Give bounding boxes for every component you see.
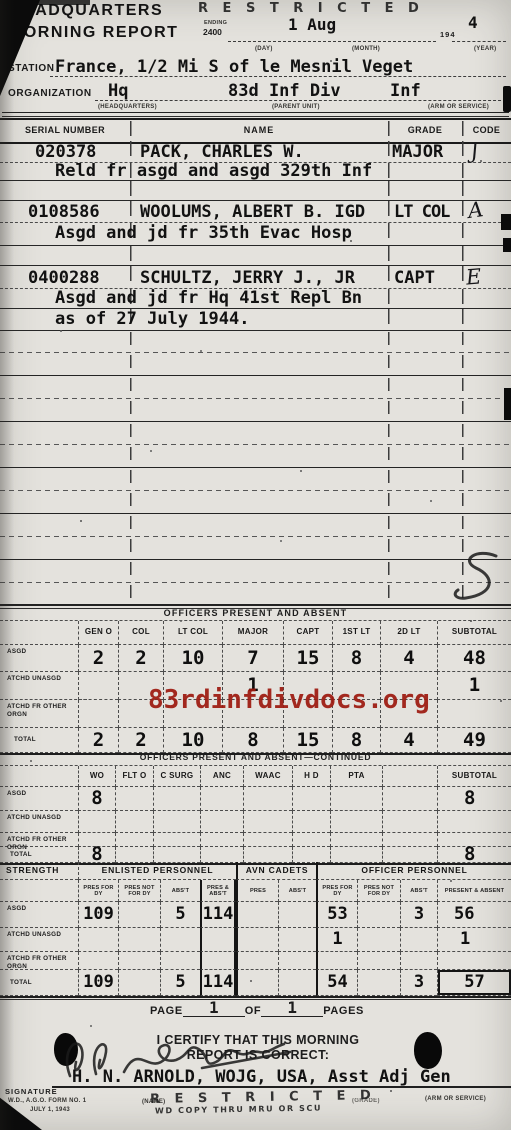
scan-edge-mark xyxy=(0,0,90,5)
table-cell: 8 xyxy=(437,847,511,863)
row-label: TOTAL xyxy=(0,847,78,863)
column-header: PRESENT & ABSENT xyxy=(437,880,511,902)
group-header-enlisted: ENLISTED PERSONNEL xyxy=(78,862,236,880)
roster-row-remark: Asgd and jd fr 35th Evac Hosp xyxy=(0,222,511,246)
table-cell xyxy=(200,811,243,833)
station-underline xyxy=(50,76,506,77)
table-cell: 8 xyxy=(332,645,380,672)
officer-code-handwritten: J xyxy=(469,141,480,163)
column-header: ABS'T xyxy=(160,880,200,902)
row-label: ASGD xyxy=(0,902,78,928)
sub-label-headquarters: (HEADQUARTERS) xyxy=(98,104,157,110)
table-cell xyxy=(243,847,292,863)
table-cell: 109 xyxy=(78,902,118,928)
table-cell xyxy=(200,952,236,970)
column-header: CAPT xyxy=(283,621,332,645)
group-header-avn-cadets: AVN CADETS xyxy=(236,862,316,880)
table-cell xyxy=(78,928,118,952)
roster-col-grade: GRADE xyxy=(388,126,462,135)
wd-copy-stamp: WD COPY THRU MRU OR SCU xyxy=(155,1104,322,1116)
table-cell: 114 xyxy=(200,970,236,996)
column-header: C SURG xyxy=(153,766,200,787)
officer-code-handwritten: E xyxy=(465,266,482,288)
blank-row xyxy=(0,330,511,376)
table-cell xyxy=(115,787,153,811)
column-header: PRES FOR DY xyxy=(78,880,118,902)
table-cell xyxy=(200,787,243,811)
table-cell: 4 xyxy=(380,645,437,672)
blank-row xyxy=(0,422,511,468)
form-date: JULY 1, 1943 xyxy=(30,1107,70,1113)
table-cell: 2 xyxy=(78,645,118,672)
table-cell xyxy=(236,952,278,970)
blank-row xyxy=(0,468,511,514)
table-cell xyxy=(236,902,278,928)
scan-edge-mark xyxy=(503,238,511,252)
column-header: PTA xyxy=(330,766,382,787)
table-cell xyxy=(153,847,200,863)
table-cell: 8 xyxy=(78,847,115,863)
table-cell xyxy=(243,787,292,811)
year-typed: 4 xyxy=(468,15,478,31)
table-cell: 7 xyxy=(222,645,283,672)
table-cell: 2 xyxy=(78,728,118,753)
officer-name: WOOLUMS, ALBERT B. IGD xyxy=(140,204,365,221)
sub-label-arm-or-service: (ARM OR SERVICE) xyxy=(425,1096,486,1102)
table-cell: 2 xyxy=(118,645,163,672)
table-cell: 10 xyxy=(163,728,222,753)
table-cell xyxy=(382,811,437,833)
column-header: 1ST LT xyxy=(332,621,380,645)
table-cell: 114 xyxy=(200,902,236,928)
roster-col-code: CODE xyxy=(462,126,511,135)
table-cell: 56 xyxy=(437,902,511,928)
table-cell: 8 xyxy=(332,728,380,753)
table-cell xyxy=(382,847,437,863)
officer-grade: LT COL xyxy=(394,204,449,221)
column-header: ANC xyxy=(200,766,243,787)
organization-label: ORGANIZATION xyxy=(8,89,92,99)
table-cell: 54 xyxy=(316,970,357,996)
table-cell xyxy=(400,928,437,952)
table-cell: 57 xyxy=(437,970,511,996)
table-cell xyxy=(292,811,330,833)
page-line: PAGE 1 OF 1 PAGES xyxy=(150,1000,380,1017)
column-header: GEN O xyxy=(78,621,118,645)
officer-grade: MAJOR xyxy=(392,144,443,161)
table-cell: 1 xyxy=(437,672,511,700)
table-cell: 49 xyxy=(437,728,511,753)
signature-typed-name: H. N. ARNOLD, WOJG, USA, Asst Adj Gen xyxy=(72,1069,451,1086)
table-cell xyxy=(292,847,330,863)
table-cell xyxy=(357,970,400,996)
roster-row-blank xyxy=(0,180,511,201)
table-cell xyxy=(115,811,153,833)
column-header: SUBTOTAL xyxy=(437,621,511,645)
form-title-morning-report: MORNING REPORT xyxy=(9,25,178,41)
roster-row-blank xyxy=(0,245,511,266)
row-label: ASGD xyxy=(0,645,78,672)
page-number: 1 xyxy=(183,1000,245,1017)
roster-col-name: NAME xyxy=(130,126,388,135)
punch-hole-right xyxy=(414,1032,442,1069)
table-cell: 5 xyxy=(160,970,200,996)
table-cell xyxy=(330,833,382,847)
table-cell: 8 xyxy=(222,728,283,753)
remark-text: Asgd and jd fr Hq 41st Repl Bn xyxy=(55,290,362,307)
column-header: FLT O xyxy=(115,766,153,787)
table-cell: 10 xyxy=(163,645,222,672)
strength-label: STRENGTH xyxy=(0,862,78,880)
table-cell: 4 xyxy=(380,728,437,753)
table-cell xyxy=(200,928,236,952)
table-cell xyxy=(153,833,200,847)
row-label: TOTAL xyxy=(0,728,78,753)
table-cell xyxy=(0,766,78,787)
table-cell: 53 xyxy=(316,902,357,928)
page-label: PAGE xyxy=(150,1006,183,1017)
roster-row-remark: Reld fr asgd and asgd 329th Inf xyxy=(0,162,511,181)
table-cell xyxy=(382,833,437,847)
serial-number: 0400288 xyxy=(28,270,100,287)
table-cell xyxy=(243,833,292,847)
sub-label-year: (YEAR) xyxy=(474,46,496,52)
row-label: ATCHD UNASGD xyxy=(0,672,87,700)
table-cell xyxy=(78,672,118,700)
scan-noise xyxy=(0,0,2,2)
column-header: PRES NOT FOR DY xyxy=(357,880,400,902)
officer-code-handwritten: A xyxy=(467,199,485,222)
column-header: ABS'T xyxy=(400,880,437,902)
table-cell: 2 xyxy=(118,728,163,753)
officers-table-title: OFFICERS PRESENT AND ABSENT xyxy=(0,609,511,618)
handwritten-s-mark xyxy=(448,550,510,608)
serial-number: 020378 xyxy=(35,144,96,161)
sub-label-day: (DAY) xyxy=(255,46,273,52)
table-cell xyxy=(118,928,160,952)
table-cell xyxy=(160,928,200,952)
table-cell xyxy=(118,952,160,970)
roster-col-serial: SERIAL NUMBER xyxy=(0,126,130,135)
table-cell xyxy=(278,902,316,928)
sub-label-arm-or-service: (ARM OR SERVICE) xyxy=(428,104,489,110)
table-cell: 3 xyxy=(400,970,437,996)
table-cell: 109 xyxy=(78,970,118,996)
column-header: PRES & ABS'T xyxy=(200,880,236,902)
officers-cont-table-title: OFFICERS PRESENT AND ABSENT—CONTINUED xyxy=(0,753,511,762)
column-header: H D xyxy=(292,766,330,787)
table-cell: 1 xyxy=(437,928,511,952)
column-header: SUBTOTAL xyxy=(437,766,511,787)
date-typed: 1 Aug xyxy=(288,17,336,33)
blank-row xyxy=(0,514,511,560)
group-header-officer: OFFICER PERSONNEL xyxy=(316,862,511,880)
officer-grade: CAPT xyxy=(394,270,435,287)
roster-blank-rows xyxy=(0,330,511,606)
remark-text: as of 27 July 1944. xyxy=(55,311,249,328)
table-cell xyxy=(78,811,115,833)
table-cell xyxy=(316,952,357,970)
table-cell xyxy=(236,928,278,952)
table-cell xyxy=(382,787,437,811)
morning-report-document: HEADQUARTERS MORNING REPORT R E S T R I … xyxy=(0,0,511,1130)
strength-table: STRENGTH ENLISTED PERSONNEL AVN CADETS O… xyxy=(0,862,511,998)
date-underline xyxy=(228,41,436,42)
table-cell xyxy=(330,811,382,833)
row-label: ATCHD UNASGD xyxy=(0,928,78,952)
table-cell xyxy=(330,847,382,863)
signature-label: SIGNATURE xyxy=(5,1088,58,1096)
table-cell xyxy=(357,928,400,952)
scan-corner-mark-top-left xyxy=(0,0,40,96)
table-cell: 48 xyxy=(437,645,511,672)
table-cell xyxy=(437,811,511,833)
scan-edge-mark xyxy=(501,214,511,230)
officer-name: PACK, CHARLES W. xyxy=(140,144,304,161)
table-cell: 3 xyxy=(400,902,437,928)
watermark: 83rdinfdivdocs.org xyxy=(148,687,430,713)
table-cell: 1 xyxy=(316,928,357,952)
table-cell xyxy=(292,787,330,811)
row-label: ATCHD UNASGD xyxy=(0,811,78,833)
table-cell xyxy=(115,833,153,847)
table-cell xyxy=(278,970,316,996)
table-cell: 15 xyxy=(283,645,332,672)
organization-hq-value: Hq xyxy=(108,83,128,100)
organization-arm-value: Inf xyxy=(390,83,421,100)
row-label: TOTAL xyxy=(0,970,78,996)
roster-row-remark: Asgd and jd fr Hq 41st Repl Bn xyxy=(0,288,511,309)
table-cell xyxy=(78,952,118,970)
table-cell xyxy=(153,787,200,811)
pages-label: PAGES xyxy=(323,1006,364,1017)
of-label: OF xyxy=(245,1006,261,1017)
scan-edge-mark xyxy=(504,388,511,420)
organization-underline xyxy=(95,100,506,101)
table-cell xyxy=(278,952,316,970)
year-printed: 194 xyxy=(440,31,456,39)
total-pages: 1 xyxy=(261,1000,323,1017)
roster-row-entry: 020378 PACK, CHARLES W. MAJOR J xyxy=(0,140,511,163)
column-header: ABS'T xyxy=(278,880,316,902)
ending-label: ENDING xyxy=(204,21,227,27)
row-label: ATCHD FR OTHER ORGN xyxy=(0,700,78,728)
organization-parent-unit-value: 83d Inf Div xyxy=(228,83,341,100)
column-header xyxy=(382,766,437,787)
column-header: 2D LT xyxy=(380,621,437,645)
sub-label-parent-unit: (PARENT UNIT) xyxy=(272,104,320,110)
table-cell xyxy=(200,833,243,847)
station-value: France, 1/2 Mi S of le Mesnil Veget xyxy=(55,59,413,76)
column-header: PRES FOR DY xyxy=(316,880,357,902)
blank-row xyxy=(0,376,511,422)
column-header: COL xyxy=(118,621,163,645)
form-number: W.D., A.G.O. FORM NO. 1 xyxy=(8,1098,86,1104)
table-cell xyxy=(437,952,511,970)
table-cell xyxy=(400,952,437,970)
roster-row-remark: as of 27 July 1944. xyxy=(0,308,511,331)
station-label: STATION xyxy=(8,64,55,74)
column-header: LT COL xyxy=(163,621,222,645)
row-label: ATCHD FR OTHER ORGN xyxy=(0,952,78,970)
column-header: WO xyxy=(78,766,115,787)
column-header: PRES xyxy=(236,880,278,902)
table-cell: 8 xyxy=(78,787,115,811)
table-cell xyxy=(357,902,400,928)
table-cell xyxy=(118,970,160,996)
table-cell xyxy=(236,970,278,996)
serial-number: 0108586 xyxy=(28,204,100,221)
table-cell xyxy=(243,811,292,833)
officers-cont-table: WO FLT O C SURG ANC WAAC H D PTA SUBTOTA… xyxy=(0,765,511,865)
table-cell xyxy=(200,847,243,863)
table-cell xyxy=(0,880,78,902)
scan-edge-mark xyxy=(503,86,511,112)
table-cell xyxy=(115,847,153,863)
table-cell xyxy=(278,928,316,952)
table-cell xyxy=(437,700,511,728)
section-divider xyxy=(2,112,509,117)
row-label: ATCHD FR OTHER ORGN xyxy=(0,833,78,847)
table-cell xyxy=(118,902,160,928)
ending-2400-label: 2400 xyxy=(203,28,222,37)
row-label: ASGD xyxy=(0,787,78,811)
year-underline xyxy=(452,41,506,42)
table-cell xyxy=(0,621,78,645)
table-cell: 8 xyxy=(437,787,511,811)
table-cell xyxy=(160,952,200,970)
table-cell xyxy=(153,811,200,833)
table-cell: 5 xyxy=(160,902,200,928)
table-cell xyxy=(330,787,382,811)
roster-row-entry: 0400288 SCHULTZ, JERRY J., JR CAPT E xyxy=(0,265,511,289)
table-cell xyxy=(357,952,400,970)
blank-row xyxy=(0,560,511,606)
remark-text: Asgd and jd fr 35th Evac Hosp xyxy=(55,225,352,242)
column-header: PRES NOT FOR DY xyxy=(118,880,160,902)
table-cell xyxy=(78,700,118,728)
remark-text: Reld fr asgd and asgd 329th Inf xyxy=(55,163,372,180)
column-header: WAAC xyxy=(243,766,292,787)
roster-row-entry: 0108586 WOOLUMS, ALBERT B. IGD LT COL A xyxy=(0,200,511,223)
officer-name: SCHULTZ, JERRY J., JR xyxy=(140,270,355,287)
column-header: MAJOR xyxy=(222,621,283,645)
table-cell xyxy=(292,833,330,847)
restricted-stamp-top: R E S T R I C T E D xyxy=(198,1,424,16)
table-cell: 15 xyxy=(283,728,332,753)
sub-label-month: (MONTH) xyxy=(352,46,380,52)
